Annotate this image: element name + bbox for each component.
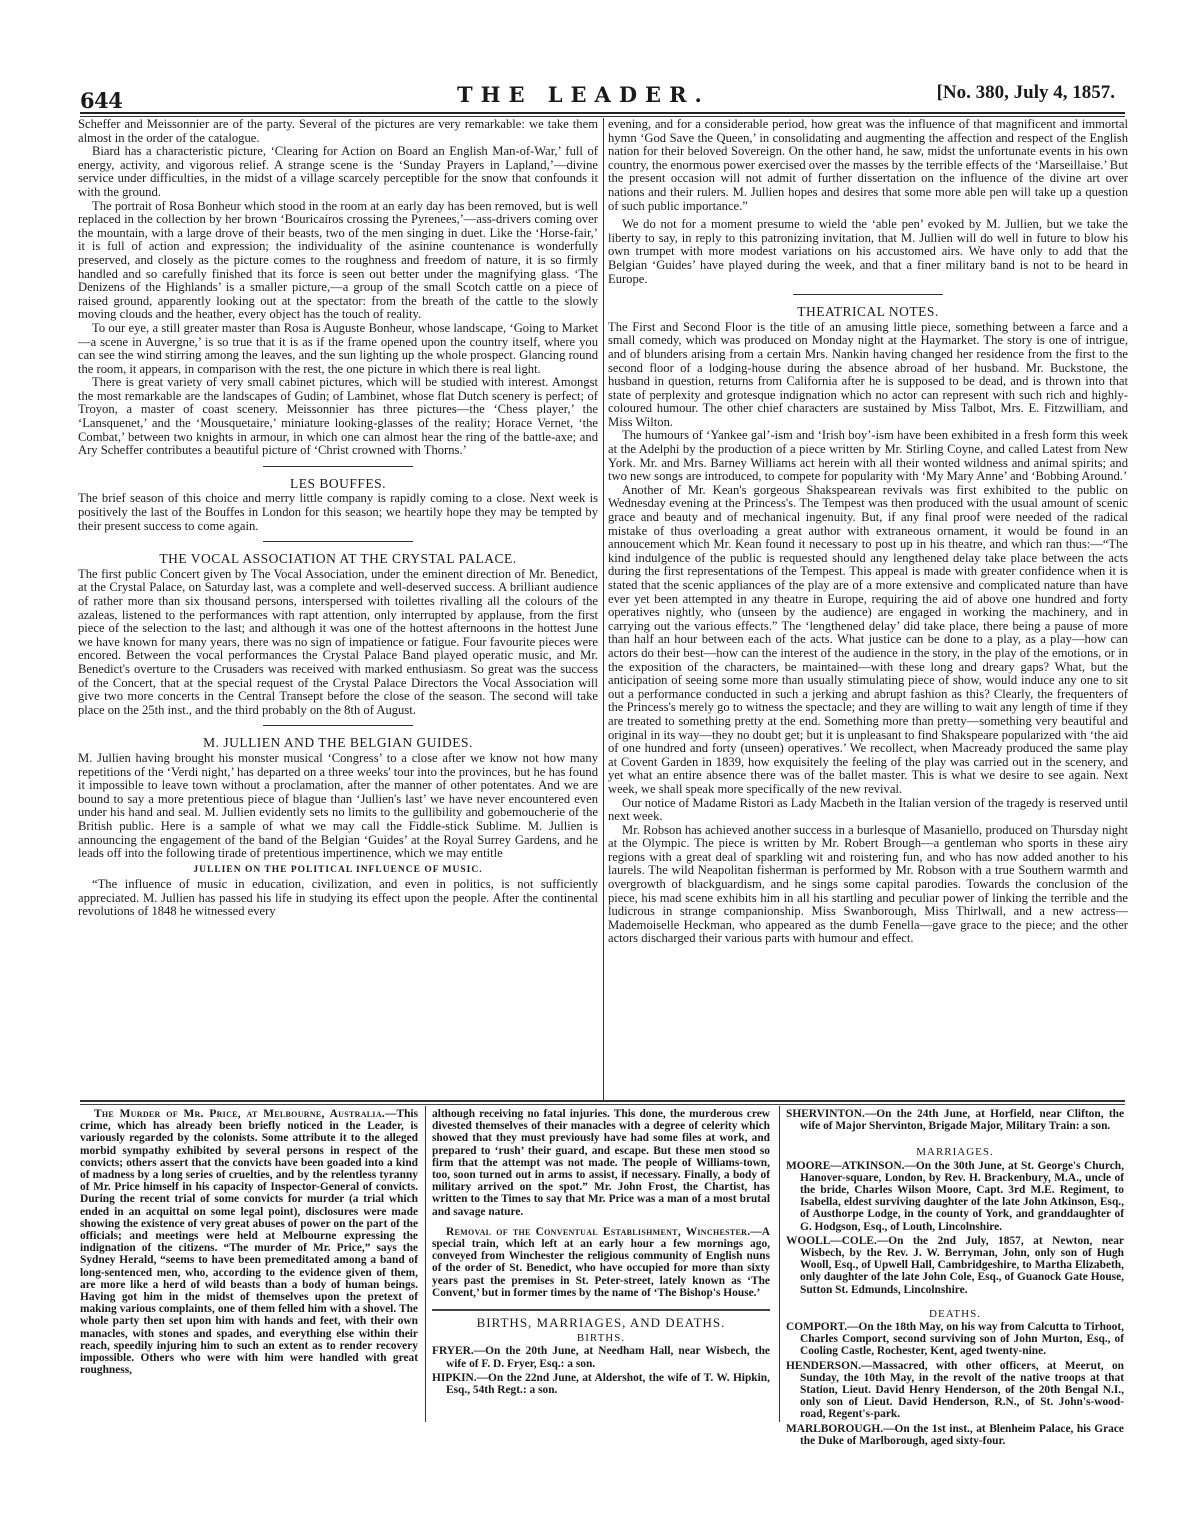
jullien-body: M. Jullien having brought his monster mu… — [78, 752, 598, 861]
masthead-rule — [80, 112, 1125, 114]
theatre-paragraph: The First and Second Floor is the title … — [608, 321, 1128, 430]
article-lead: Removal of the Conventual Establishment,… — [446, 1226, 750, 1238]
death-entry: COMPORT.—On the 18th May, on his way fro… — [786, 1321, 1124, 1358]
news-column-3: SHERVINTON.—On the 24th June, at Horfiel… — [786, 1108, 1124, 1449]
murder-price-article: The Murder of Mr. Price, at Melbourne, A… — [80, 1108, 418, 1376]
section-separator — [263, 541, 413, 542]
column-divider — [425, 1106, 426, 1422]
les-bouffes-body: The brief season of this choice and merr… — [78, 492, 598, 533]
theatre-paragraph: The humours of ‘Yankee gal’-ism and ‘Iri… — [608, 429, 1128, 483]
art-paragraph: Biard has a characteristic picture, ‘Cle… — [78, 145, 598, 199]
death-entry: MARLBOROUGH.—On the 1st inst., at Blenhe… — [786, 1423, 1124, 1447]
section-heading-vocal-association: THE VOCAL ASSOCIATION AT THE CRYSTAL PAL… — [78, 552, 598, 566]
theatre-paragraph: Our notice of Madame Ristori as Lady Mac… — [608, 797, 1128, 824]
section-separator — [263, 725, 413, 726]
art-paragraph: To our eye, a still greater master than … — [78, 322, 598, 376]
jullien-quote: “The influence of music in education, ci… — [78, 878, 598, 919]
column-divider — [603, 118, 604, 1100]
art-paragraph: Scheffer and Meissonnier are of the part… — [78, 118, 598, 145]
issue-date: [No. 380, July 4, 1857. — [937, 82, 1115, 104]
jullien-reply: We do not for a moment presume to wield … — [608, 218, 1128, 286]
page-number: 644 — [80, 88, 122, 113]
column-divider — [779, 1106, 780, 1422]
birth-entry: HIPKIN.—On the 22nd June, at Aldershot, … — [432, 1372, 770, 1396]
convent-article: Removal of the Conventual Establishment,… — [432, 1226, 770, 1299]
birth-entry: FRYER.—On the 20th June, at Needham Hall… — [432, 1345, 770, 1369]
section-heading-les-bouffes: LES BOUFFES. — [78, 477, 598, 491]
deaths-heading: DEATHS. — [786, 1308, 1124, 1320]
news-column-1: The Murder of Mr. Price, at Melbourne, A… — [80, 1108, 418, 1376]
newspaper-title: THE LEADER. — [457, 82, 710, 107]
right-column: evening, and for a considerable period, … — [608, 118, 1128, 946]
news-column-2: although receiving no fatal injuries. Th… — [432, 1108, 770, 1398]
newspaper-page: 644 THE LEADER. [No. 380, July 4, 1857. … — [0, 0, 1177, 1515]
bmd-heading: BIRTHS, MARRIAGES, AND DEATHS. — [432, 1317, 770, 1329]
death-entry: HENDERSON.—Massacred, with other officer… — [786, 1360, 1124, 1421]
vocal-association-body: The first public Concert given by The Vo… — [78, 568, 598, 718]
section-heading-jullien: M. JULLIEN AND THE BELGIAN GUIDES. — [78, 736, 598, 750]
section-separator — [432, 1309, 770, 1311]
left-column: Scheffer and Meissonnier are of the part… — [78, 118, 598, 919]
theatre-paragraph: Another of Mr. Kean's gorgeous Shakspear… — [608, 484, 1128, 797]
jullien-subheading: JULLIEN ON THE POLITICAL INFLUENCE OF MU… — [78, 864, 598, 878]
masthead: 644 THE LEADER. [No. 380, July 4, 1857. — [80, 80, 1125, 110]
art-paragraph: The portrait of Rosa Bonheur which stood… — [78, 200, 598, 322]
theatre-paragraph: Mr. Robson has achieved another success … — [608, 824, 1128, 946]
section-separator — [793, 294, 943, 295]
birth-entry: SHERVINTON.—On the 24th June, at Horfiel… — [786, 1108, 1124, 1132]
marriages-heading: MARRIAGES. — [786, 1146, 1124, 1158]
lower-section-rule — [80, 1100, 1125, 1102]
jullien-quote-continued: evening, and for a considerable period, … — [608, 118, 1128, 213]
marriage-entry: WOOLL—COLE.—On the 2nd July, 1857, at Ne… — [786, 1235, 1124, 1296]
section-heading-theatrical-notes: THEATRICAL NOTES. — [608, 305, 1128, 319]
marriage-entry: MOORE—ATKINSON.—On the 30th June, at St.… — [786, 1160, 1124, 1233]
births-heading: BIRTHS. — [432, 1332, 770, 1344]
article-body: —This crime, which has already been brie… — [80, 1108, 418, 1376]
article-lead: The Murder of Mr. Price, at Melbourne, A… — [94, 1108, 385, 1120]
murder-price-continued: although receiving no fatal injuries. Th… — [432, 1108, 770, 1218]
art-paragraph: There is great variety of very small cab… — [78, 376, 598, 458]
section-separator — [263, 466, 413, 467]
lower-section-rule-thin — [80, 1104, 1125, 1105]
